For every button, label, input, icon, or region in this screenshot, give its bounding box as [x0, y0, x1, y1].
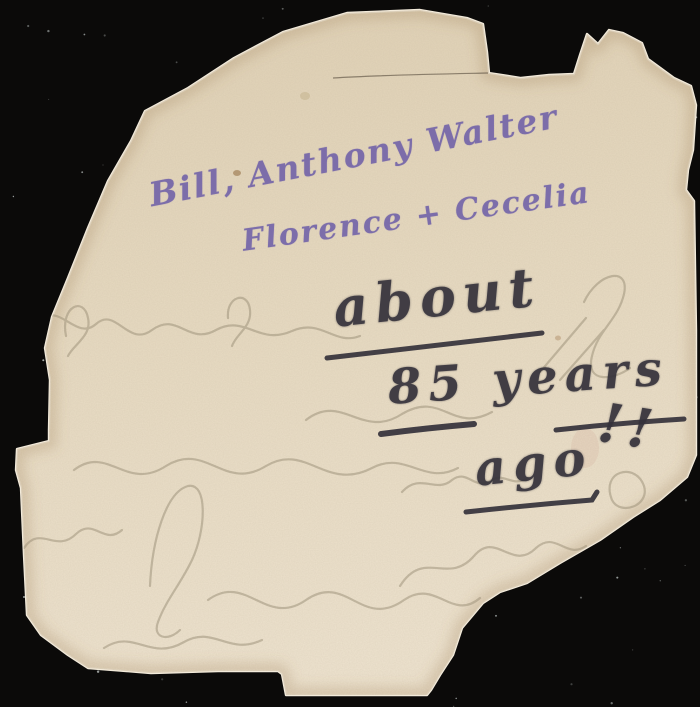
dust-speckle — [161, 678, 163, 680]
stain — [555, 336, 561, 341]
dust-speckle — [644, 568, 646, 570]
dust-speckle — [81, 171, 83, 173]
stain — [233, 170, 241, 176]
dust-speckle — [616, 577, 618, 579]
dust-speckle — [13, 196, 14, 197]
dust-speckle — [27, 25, 29, 27]
dust-speckle — [84, 34, 86, 36]
dust-speckle — [48, 99, 49, 100]
dust-speckle — [103, 165, 104, 166]
dust-speckle — [620, 547, 621, 548]
dust-speckle — [42, 359, 44, 361]
dust-speckle — [495, 615, 497, 617]
dust-speckle — [282, 8, 284, 10]
dust-speckle — [570, 683, 572, 685]
stain — [300, 92, 310, 100]
dust-speckle — [23, 596, 25, 598]
dust-speckle — [685, 499, 687, 501]
dust-speckle — [47, 30, 49, 32]
dust-speckle — [97, 670, 99, 672]
photo-of-torn-note: Bill, Anthony Walter Florence + Cecelia … — [0, 0, 700, 707]
dust-speckle — [262, 17, 264, 19]
dust-speckle — [685, 565, 686, 566]
dust-speckle — [186, 701, 188, 703]
dust-speckle — [455, 698, 457, 700]
dust-speckle — [632, 649, 633, 650]
dust-speckle — [176, 61, 178, 63]
dust-speckle — [580, 597, 582, 599]
dust-speckle — [660, 580, 661, 581]
torn-note-graphic — [0, 0, 700, 707]
stain — [571, 428, 599, 468]
dust-speckle — [488, 5, 490, 7]
dust-speckle — [611, 702, 613, 704]
dust-speckle — [104, 34, 106, 36]
